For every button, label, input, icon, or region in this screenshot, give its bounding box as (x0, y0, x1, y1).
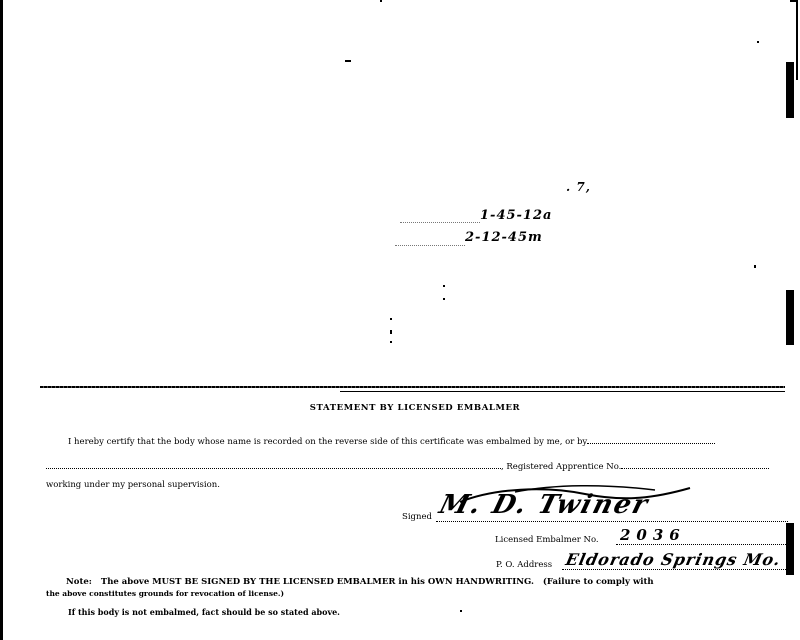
note-text-c: in his (398, 577, 425, 587)
supervision-text: working under my personal supervision. (46, 480, 220, 490)
section-divider (40, 386, 785, 388)
scan-speck (390, 330, 392, 334)
scan-speck (380, 0, 382, 2)
certify-statement-line-2: , Registered Apprentice No. (46, 460, 769, 472)
signature-flourish (455, 484, 695, 506)
address-label: P. O. Address (496, 560, 552, 570)
scan-speck (757, 41, 759, 43)
handwritten-mark: . 7, (566, 180, 591, 194)
scan-speck (345, 60, 351, 62)
scan-edge-bar-top (786, 62, 794, 118)
note-line-1: Note: The above MUST BE SIGNED BY THE LI… (66, 577, 654, 587)
note-text-d: OWN HANDWRITING. (428, 577, 534, 587)
faint-dotted-line (400, 222, 480, 223)
license-number-line (616, 544, 788, 545)
note-text-e: (Failure to comply with (543, 577, 654, 587)
note-text-a: The above (101, 577, 149, 587)
signed-label: Signed (402, 512, 432, 522)
handwritten-date-1: 1-45-12a (480, 208, 552, 223)
scan-edge-bar-bottom (786, 523, 794, 575)
license-label: Licensed Embalmer No. (495, 535, 599, 545)
scan-speck (460, 610, 462, 612)
address-handwritten: Eldorado Springs Mo. (564, 550, 783, 569)
signature-line (436, 521, 788, 522)
apprentice-name-blank (46, 460, 501, 469)
certify-statement-line-1: I hereby certify that the body whose nam… (68, 435, 715, 447)
apprentice-number-field (621, 460, 769, 469)
faint-dotted-line (395, 245, 465, 246)
note-label: Note: (66, 577, 92, 587)
apprentice-label: , Registered Apprentice No. (501, 462, 621, 472)
scan-speck (443, 285, 445, 287)
license-number: 2036 (620, 526, 686, 544)
scan-speck (390, 318, 392, 320)
address-line (562, 569, 788, 570)
scan-right-rule (796, 0, 798, 80)
statement-heading: STATEMENT BY LICENSED EMBALMER (0, 403, 800, 413)
scan-edge-bar-middle (786, 290, 794, 345)
note-line-3: If this body is not embalmed, fact shoul… (68, 607, 340, 617)
scan-speck (754, 265, 756, 268)
certify-text: I hereby certify that the body whose nam… (68, 437, 587, 447)
note-line-2: the above constitutes grounds for revoca… (46, 589, 284, 598)
handwritten-date-2: 2-12-45m (465, 230, 543, 245)
section-divider-secondary (340, 391, 785, 392)
apprentice-name-field (587, 435, 715, 444)
scan-speck (390, 341, 392, 343)
note-text-b: MUST BE SIGNED BY THE LICENSED EMBALMER (152, 577, 395, 587)
scan-left-edge (0, 0, 3, 640)
scan-speck (443, 298, 445, 300)
